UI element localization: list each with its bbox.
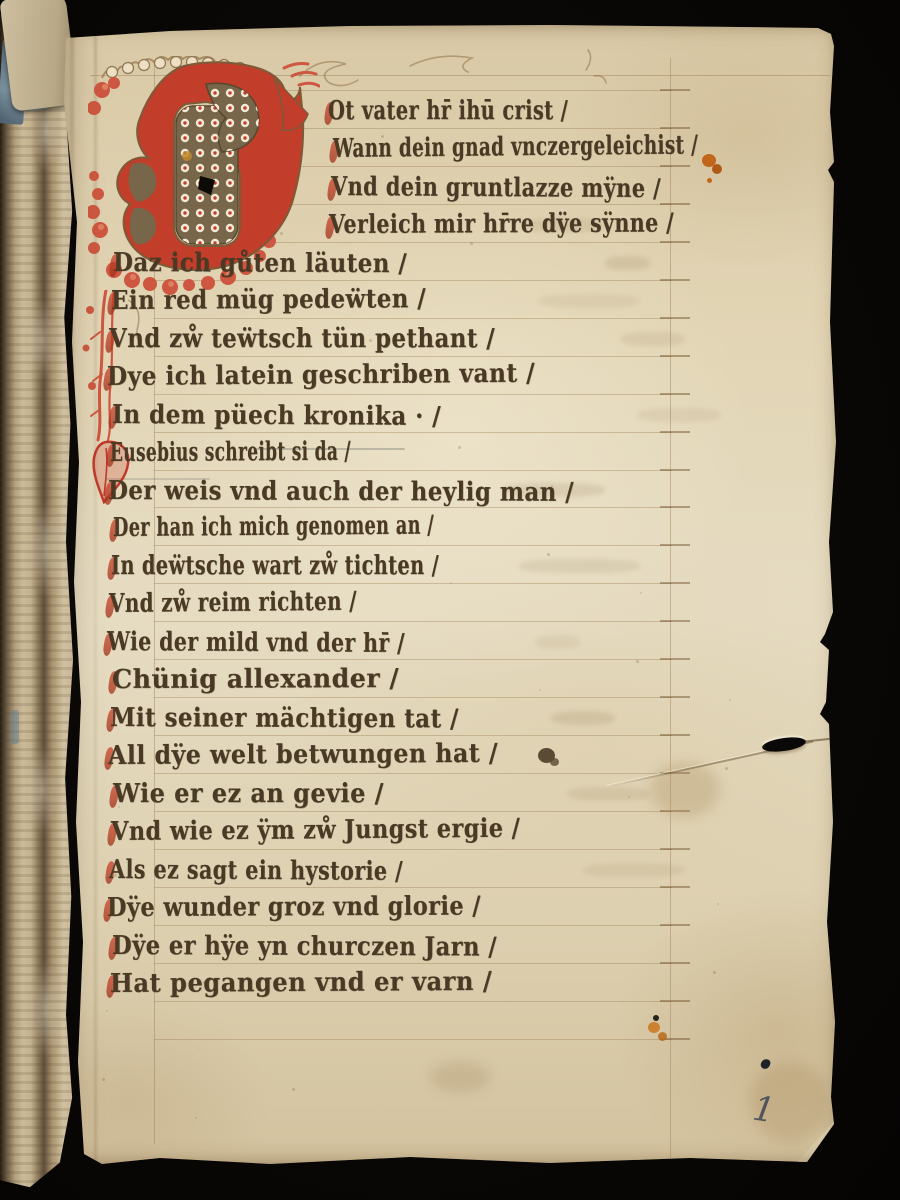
manuscript-line-text: Hat pegangen vnd er varn / bbox=[110, 967, 492, 999]
manuscript-line-text: All dÿe welt betwungen hat / bbox=[108, 739, 498, 771]
manuscript-line: Eusebius schreibt si da / bbox=[110, 438, 479, 472]
manuscript-line: Wann dein gnad vnczergeleichist / bbox=[333, 134, 850, 168]
manuscript-line: Der han ich mich genomen an / bbox=[113, 513, 585, 547]
manuscript-line-text: Vnd wie ez ÿm zẘ Jungst ergie / bbox=[111, 814, 520, 847]
manuscript-line: Mit seiner mächtigen tat / bbox=[110, 703, 505, 737]
manuscript-line: Der weis vnd auch der heylig man / bbox=[108, 476, 637, 510]
manuscript-line-text: Dÿe wunder groz vnd glorie / bbox=[107, 891, 481, 923]
manuscript-line-text: Dye ich latein geschriben vant / bbox=[107, 358, 535, 391]
manuscript-line: Vnd zẘ reim richten / bbox=[109, 589, 433, 623]
manuscript-line-text: Vnd zẘ teẅtsch tün pethant / bbox=[109, 324, 495, 354]
manuscript-line: Vnd wie ez ÿm zẘ Jungst ergie / bbox=[111, 817, 586, 851]
manuscript-line: In deẅtsche wart zẘ tichten / bbox=[111, 551, 553, 585]
manuscript-line: Dÿe er hÿe yn churczen Jarn / bbox=[112, 931, 554, 965]
manuscript-line: Ot vater hr̄ ihū crist / bbox=[328, 96, 649, 130]
manuscript-text-block: Ot vater hr̄ ihū crist /Wann dein gnad v… bbox=[50, 22, 842, 1168]
manuscript-line-text: Wie der mild vnd der hr̄ / bbox=[107, 627, 405, 659]
manuscript-line: Dye ich latein geschriben vant / bbox=[107, 362, 585, 396]
manuscript-line-text: Dÿe er hÿe yn churczen Jarn / bbox=[112, 931, 497, 963]
manuscript-line-text: Der han ich mich genomen an / bbox=[113, 511, 434, 543]
manuscript-line-text: Chünig allexander / bbox=[112, 664, 399, 695]
manuscript-line: In dem püech kronika · / bbox=[112, 400, 482, 434]
manuscript-line-text: Als ez sagt ein hystorie / bbox=[109, 855, 403, 887]
manuscript-line: Verleich mir hr̄re dÿe sÿnne / bbox=[329, 210, 765, 244]
manuscript-line: Hat pegangen vnd er varn / bbox=[110, 969, 520, 1003]
manuscript-line-text: Ein red müg pedeẅten / bbox=[111, 284, 426, 316]
manuscript-line: Als ez sagt ein hystorie / bbox=[109, 855, 478, 889]
manuscript-line: Wie der mild vnd der hr̄ / bbox=[107, 627, 486, 661]
manuscript-line-text: In deẅtsche wart zẘ tichten / bbox=[111, 551, 439, 581]
manuscript-line-text: In dem püech kronika · / bbox=[112, 400, 441, 432]
manuscript-line-text: Mit seiner mächtigen tat / bbox=[110, 703, 459, 734]
manuscript-line: Dÿe wunder groz vnd glorie / bbox=[107, 893, 540, 927]
manuscript-line-text: Vnd zẘ reim richten / bbox=[109, 587, 357, 619]
manuscript-line: Wie er ez an gevie / bbox=[113, 779, 406, 813]
manuscript-line: Ein red müg pedeẅten / bbox=[111, 286, 469, 320]
manuscript-line-text: Wann dein gnad vnczergeleichist / bbox=[333, 130, 698, 164]
manuscript-line: Vnd zẘ teẅtsch tün pethant / bbox=[109, 324, 548, 358]
manuscript-line-text: Daz ich gůten läuten / bbox=[113, 248, 407, 279]
manuscript-line-text: Verleich mir hr̄re dÿe sÿnne / bbox=[329, 208, 674, 240]
manuscript-line-text: Eusebius schreibt si da / bbox=[110, 436, 351, 467]
spine-blue-fragment bbox=[10, 710, 19, 744]
manuscript-photo: Ot vater hr̄ ihū crist /Wann dein gnad v… bbox=[0, 0, 900, 1200]
manuscript-line-text: Ot vater hr̄ ihū crist / bbox=[328, 96, 568, 126]
manuscript-line: Daz ich gůten läuten / bbox=[113, 248, 446, 282]
manuscript-line: All dÿe welt betwungen hat / bbox=[108, 741, 536, 775]
manuscript-line-text: Vnd dein gruntlazze mÿne / bbox=[331, 172, 661, 204]
manuscript-page: Ot vater hr̄ ihū crist /Wann dein gnad v… bbox=[50, 22, 842, 1168]
manuscript-line: Vnd dein gruntlazze mÿne / bbox=[331, 172, 743, 206]
manuscript-line-text: Der weis vnd auch der heylig man / bbox=[108, 476, 574, 508]
manuscript-line-text: Wie er ez an gevie / bbox=[113, 779, 384, 809]
manuscript-line: Chünig allexander / bbox=[112, 665, 407, 699]
